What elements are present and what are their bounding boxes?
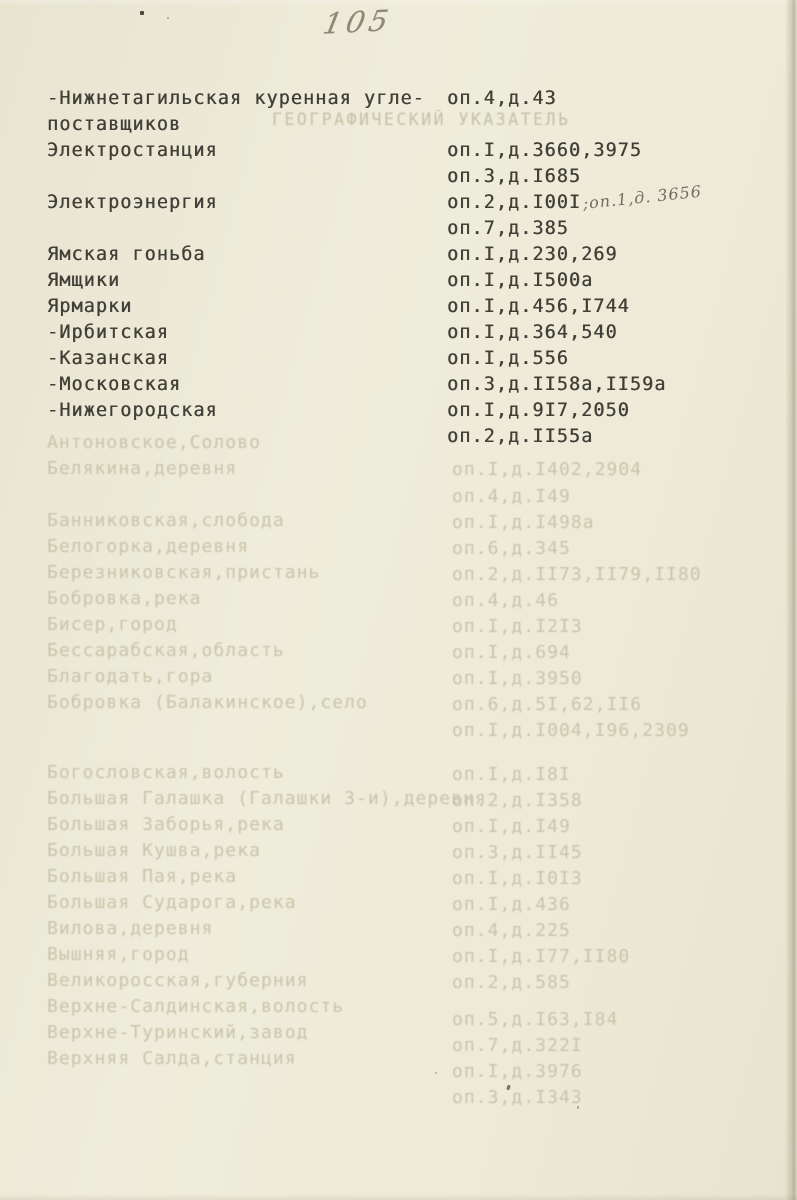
page-edge-shadow bbox=[785, 0, 797, 1200]
bleedthrough-text: Бессарабская,область bbox=[47, 641, 285, 661]
index-entry-row: -Казанская оп.I,д.556 bbox=[0, 346, 797, 372]
bleedthrough-text: оп.6,д.5I,62,II6 bbox=[452, 695, 642, 715]
entry-term: -Ирбитская bbox=[47, 320, 447, 346]
bleedthrough-text: оп.I,д.I498а bbox=[452, 513, 595, 533]
entry-term: -Казанская bbox=[47, 346, 447, 372]
bleedthrough-text: оп.5,д.I63,I84 bbox=[452, 1010, 618, 1030]
bleedthrough-text: Вилова,деревня bbox=[47, 919, 213, 939]
bleedthrough-text: Благодать,гора bbox=[47, 667, 213, 687]
bleedthrough-text: оп.7,д.322I bbox=[452, 1036, 583, 1056]
entry-term: Ямская гоньба bbox=[47, 242, 447, 268]
bleedthrough-text: оп.I,д.I402,2904 bbox=[452, 460, 642, 480]
bleedthrough-text: оп.I,д.694 bbox=[452, 643, 571, 663]
bleedthrough-text: Большая Заборья,река bbox=[47, 815, 285, 835]
bleedthrough-text: Верхняя Салда,станция bbox=[47, 1049, 297, 1069]
index-entry-row: Электроэнергия оп.2,д.I00I;оп.1,д. 3656 bbox=[0, 190, 797, 216]
bleedthrough-text: Бобровка (Балакинское),село bbox=[47, 693, 368, 713]
entry-reference-text: оп.2,д.I00I bbox=[447, 192, 581, 213]
bleedthrough-text: оп.I,д.I2I3 bbox=[452, 617, 583, 637]
entry-reference: оп.2,д.II55а bbox=[447, 424, 797, 450]
bleedthrough-text: Белогорка,деревня bbox=[47, 537, 249, 557]
entry-reference-text: оп.3,д.II58а,II59а bbox=[447, 374, 666, 395]
entry-term: Ямщики bbox=[47, 268, 447, 294]
index-entries: -Нижнетагильская куренная угле- оп.4,д.4… bbox=[0, 86, 797, 450]
entry-term: поставщиков bbox=[47, 112, 447, 138]
bleedthrough-text: Большая Пая,река bbox=[47, 867, 237, 887]
bleedthrough-text: Верхне-Салдинская,волость bbox=[47, 997, 344, 1017]
ink-speck bbox=[167, 17, 169, 19]
bleedthrough-text: оп.2,д.II73,II79,II80 bbox=[452, 565, 702, 585]
index-entry-row: Ямская гоньба оп.I,д.230,269 bbox=[0, 242, 797, 268]
entry-reference-text: оп.I,д.3660,3975 bbox=[447, 140, 642, 161]
bleedthrough-text: оп.I,д.3950 bbox=[452, 669, 583, 689]
bleedthrough-text: оп.4,д.I49 bbox=[452, 487, 571, 507]
bleedthrough-text: Вышняя,город bbox=[47, 945, 190, 965]
index-entry-row: оп.7,д.385 bbox=[0, 216, 797, 242]
index-entry-row: -Московская оп.3,д.II58а,II59а bbox=[0, 372, 797, 398]
index-entry-row: -Нижегородская оп.I,д.9I7,2050 bbox=[0, 398, 797, 424]
bleedthrough-text: оп.2,д.I358 bbox=[452, 791, 583, 811]
entry-reference bbox=[447, 112, 797, 138]
ink-speck bbox=[577, 1106, 579, 1109]
bleedthrough-text: Большая Сударога,река bbox=[47, 893, 297, 913]
entry-term: -Нижегородская bbox=[47, 398, 447, 424]
entry-term bbox=[47, 164, 447, 190]
entry-reference-text: оп.I,д.230,269 bbox=[447, 244, 618, 265]
entry-reference: оп.I,д.364,540 bbox=[447, 320, 797, 346]
bleedthrough-text: оп.4,д.225 bbox=[452, 921, 571, 941]
bleedthrough-text: Белякина,деревня bbox=[47, 459, 237, 479]
index-entry-row: оп.2,д.II55а bbox=[0, 424, 797, 450]
entry-reference: оп.3,д.II58а,II59а bbox=[447, 372, 797, 398]
bleedthrough-text: оп.3,д.II45 bbox=[452, 843, 583, 863]
entry-reference: оп.2,д.I00I;оп.1,д. 3656 bbox=[447, 190, 797, 216]
index-entry-row: -Нижнетагильская куренная угле- оп.4,д.4… bbox=[0, 86, 797, 112]
entry-term bbox=[47, 216, 447, 242]
entry-reference-text: оп.I,д.556 bbox=[447, 348, 569, 369]
entry-reference: оп.I,д.3660,3975 bbox=[447, 138, 797, 164]
bleedthrough-text: Великоросская,губерния bbox=[47, 971, 309, 991]
bleedthrough-text: Большая Кушва,река bbox=[47, 841, 261, 861]
bleedthrough-text: Большая Галашка (Галашки 3-и),деревня bbox=[47, 789, 487, 809]
entry-reference: оп.I,д.456,I744 bbox=[447, 294, 797, 320]
bleedthrough-text: оп.I,д.436 bbox=[452, 895, 571, 915]
bleedthrough-text: оп.I,д.I004,I96,2309 bbox=[452, 721, 690, 741]
entry-term: Электростанция bbox=[47, 138, 447, 164]
entry-reference-text: оп.3,д.I685 bbox=[447, 166, 581, 187]
bleedthrough-text: Верхне-Туринский,завод bbox=[47, 1023, 309, 1043]
entry-reference-text: оп.I,д.364,540 bbox=[447, 322, 618, 343]
entry-reference: оп.I,д.I500а bbox=[447, 268, 797, 294]
entry-reference: оп.4,д.43 bbox=[447, 86, 797, 112]
ink-speck bbox=[140, 11, 144, 15]
entry-term bbox=[47, 424, 447, 450]
index-entry-row: Ярмарки оп.I,д.456,I744 bbox=[0, 294, 797, 320]
index-entry-row: поставщиков bbox=[0, 112, 797, 138]
entry-reference: оп.I,д.9I7,2050 bbox=[447, 398, 797, 424]
page-edge-shadow bbox=[0, 1194, 797, 1200]
entry-term: -Московская bbox=[47, 372, 447, 398]
entry-reference-text: оп.I,д.9I7,2050 bbox=[447, 400, 630, 421]
bleedthrough-text: оп.I,д.3976 bbox=[452, 1062, 583, 1082]
bleedthrough-text: Бисер,город bbox=[47, 615, 178, 635]
bleedthrough-text: оп.6,д.345 bbox=[452, 539, 571, 559]
bleedthrough-text: оп.2,д.585 bbox=[452, 973, 571, 993]
entry-reference-text: оп.7,д.385 bbox=[447, 218, 569, 239]
entry-reference-text: оп.I,д.456,I744 bbox=[447, 296, 630, 317]
bleedthrough-text: Богословская,волость bbox=[47, 763, 285, 783]
entry-reference-text: оп.I,д.I500а bbox=[447, 270, 593, 291]
entry-reference-text: оп.2,д.II55а bbox=[447, 426, 593, 447]
index-entry-row: -Ирбитская оп.I,д.364,540 bbox=[0, 320, 797, 346]
handwritten-page-number: 105 bbox=[320, 3, 395, 40]
ink-speck bbox=[435, 1072, 437, 1074]
bleedthrough-text: оп.3,д.I343 bbox=[452, 1088, 583, 1108]
entry-term: -Нижнетагильская куренная угле- bbox=[47, 86, 447, 112]
entry-reference: оп.7,д.385 bbox=[447, 216, 797, 242]
bleedthrough-text: оп.4,д.46 bbox=[452, 591, 559, 611]
bleedthrough-text: Бобровка,река bbox=[47, 589, 202, 609]
entry-reference: оп.I,д.230,269 bbox=[447, 242, 797, 268]
bleedthrough-text: оп.I,д.I49 bbox=[452, 817, 571, 837]
scanned-document-page: ГЕОГРАФИЧЕСКИЙ УКАЗАТЕЛЬ Антоновское,Сол… bbox=[0, 0, 797, 1200]
entry-reference: оп.I,д.556 bbox=[447, 346, 797, 372]
entry-term: Ярмарки bbox=[47, 294, 447, 320]
bleedthrough-text: оп.I,д.I77,II80 bbox=[452, 947, 630, 967]
pencil-mark bbox=[506, 1085, 510, 1091]
bleedthrough-text: Банниковская,слобода bbox=[47, 511, 285, 531]
bleedthrough-text: Березниковская,пристань bbox=[47, 563, 320, 583]
entry-reference-text: оп.4,д.43 bbox=[447, 88, 557, 109]
bleedthrough-text: оп.I,д.I0I3 bbox=[452, 869, 583, 889]
entry-term: Электроэнергия bbox=[47, 190, 447, 216]
index-entry-row: Ямщики оп.I,д.I500а bbox=[0, 268, 797, 294]
bleedthrough-text: оп.I,д.I8I bbox=[452, 765, 571, 785]
index-entry-row: Электростанция оп.I,д.3660,3975 bbox=[0, 138, 797, 164]
